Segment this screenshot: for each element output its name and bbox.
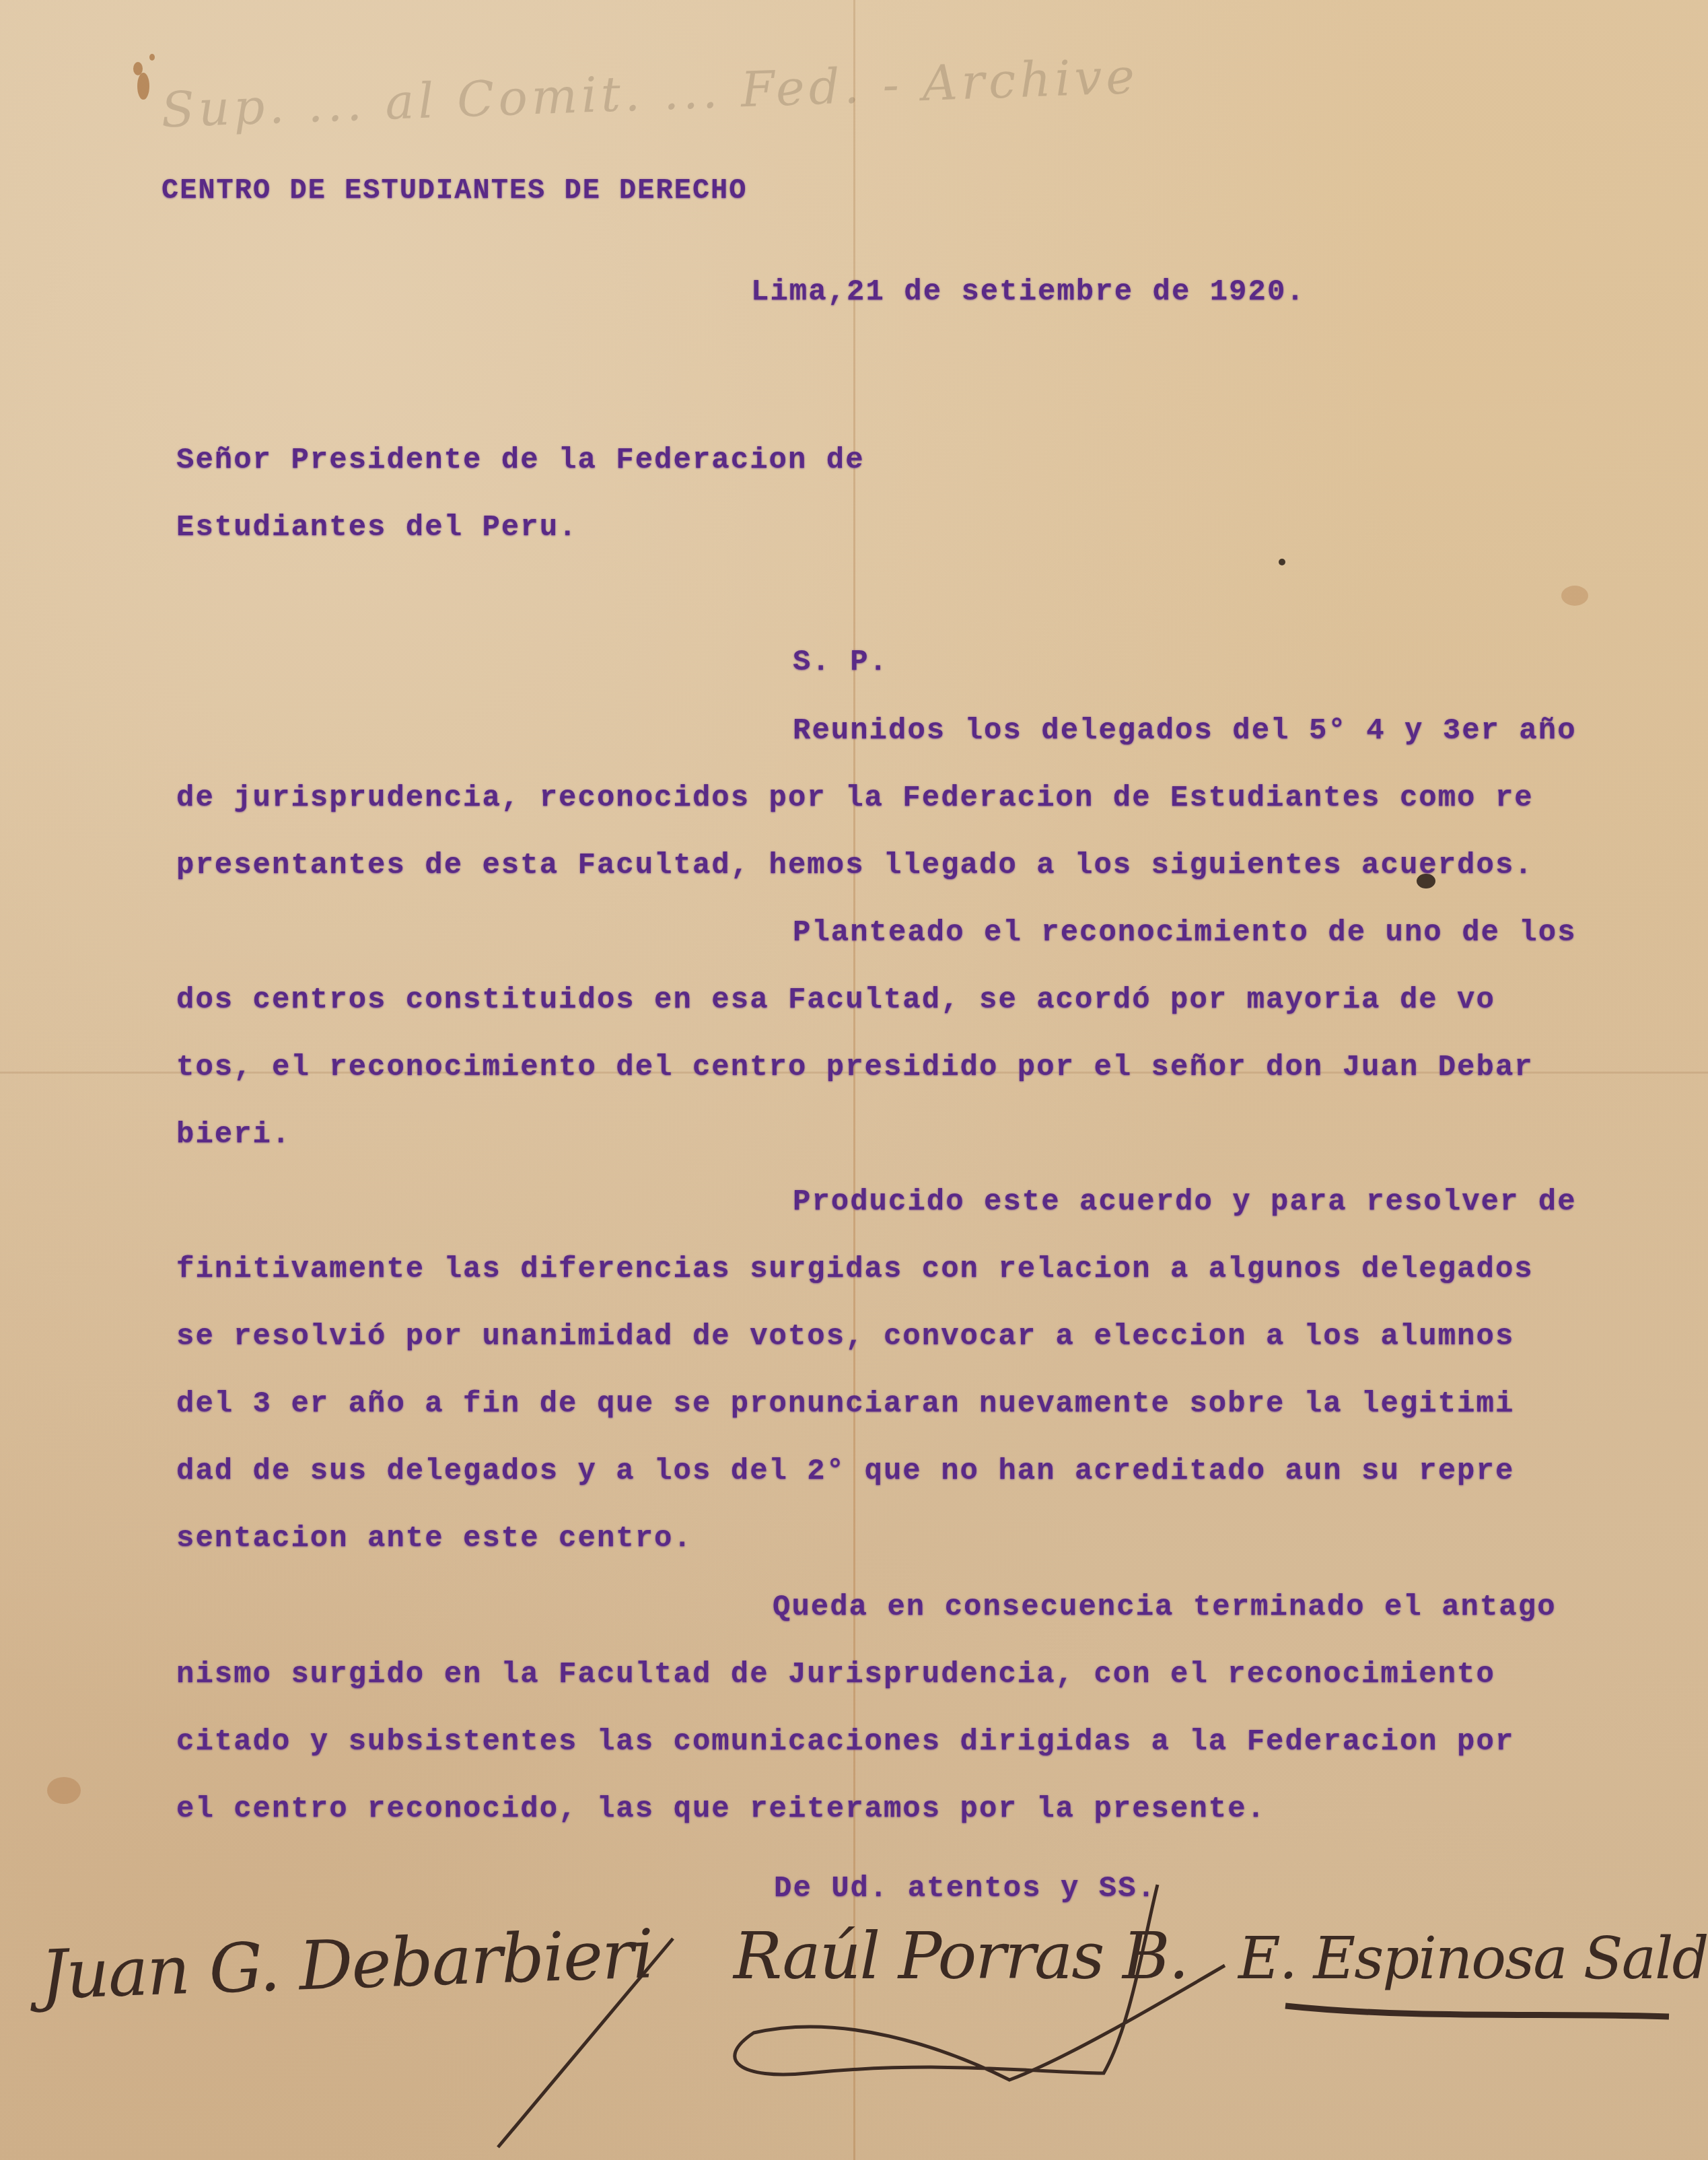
body-line: nismo surgido en la Facultad de Jurispru… bbox=[176, 1660, 1495, 1689]
recipient-line-1: Señor Presidente de la Federacion de bbox=[176, 446, 865, 475]
body-line: presentantes de esta Facultad, hemos lle… bbox=[176, 851, 1534, 880]
body-line: tos, el reconocimiento del centro presid… bbox=[176, 1053, 1534, 1082]
body-line: se resolvió por unanimidad de votos, con… bbox=[176, 1322, 1514, 1352]
ink-stain bbox=[1279, 559, 1285, 565]
body-line: del 3 er año a fin de que se pronunciara… bbox=[176, 1389, 1514, 1419]
ink-stain bbox=[1561, 586, 1588, 606]
recipient-line-2: Estudiantes del Peru. bbox=[176, 513, 578, 543]
place-date: Lima,21 de setiembre de 1920. bbox=[751, 277, 1306, 307]
body-line: de jurisprudencia, reconocidos por la Fe… bbox=[176, 783, 1534, 813]
signature-flourishes bbox=[0, 1858, 1708, 2160]
body-line: citado y subsistentes las comunicaciones… bbox=[176, 1727, 1514, 1757]
body-line: dos centros constituidos en esa Facultad… bbox=[176, 985, 1495, 1015]
body-line: Producido este acuerdo y para resolver d… bbox=[793, 1187, 1577, 1217]
body-line: finitivamente las diferencias surgidas c… bbox=[176, 1255, 1534, 1284]
ink-stain bbox=[137, 73, 149, 100]
letterhead: CENTRO DE ESTUDIANTES DE DERECHO bbox=[162, 176, 748, 205]
ink-stain bbox=[149, 54, 155, 61]
salutation: S. P. bbox=[793, 648, 888, 677]
ink-stain bbox=[47, 1777, 81, 1804]
body-line: Planteado el reconocimiento de uno de lo… bbox=[793, 918, 1577, 948]
body-line: sentacion ante este centro. bbox=[176, 1524, 692, 1554]
body-line: el centro reconocido, las que reiteramos… bbox=[176, 1795, 1266, 1824]
body-line: dad de sus delegados y a los del 2° que … bbox=[176, 1457, 1514, 1486]
body-line: Queda en consecuencia terminado el antag… bbox=[773, 1593, 1557, 1622]
body-line: bieri. bbox=[176, 1120, 291, 1150]
body-line: Reunidos los delegados del 5° 4 y 3er añ… bbox=[793, 716, 1577, 746]
